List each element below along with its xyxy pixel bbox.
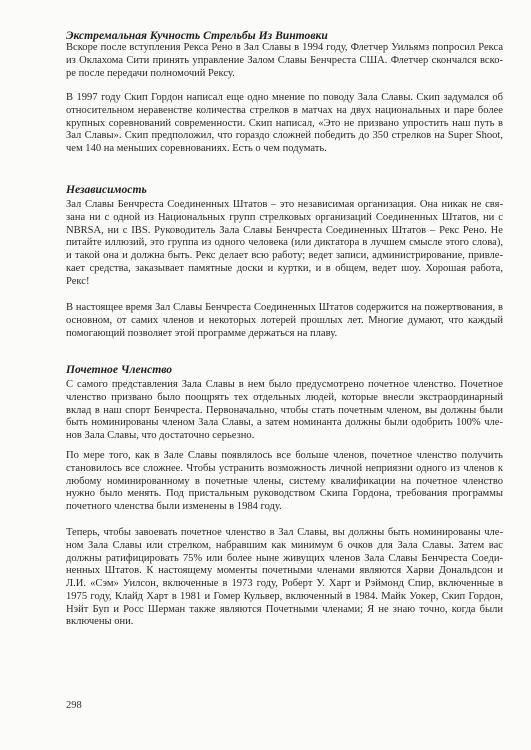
text-line: Зал Славы». Скип предположил, что горазд… — [66, 130, 503, 143]
text-line: питайте иллюзий, это группа из одного че… — [66, 237, 503, 250]
text-line: Нэйт Буп и Росс Шерман также являются По… — [66, 604, 503, 617]
text-line: крупных соревнований современности. Скип… — [66, 118, 503, 131]
text-line: основном, от самих членов и некоторых ло… — [66, 315, 503, 328]
text-line: кает средства, заказывает памятные доски… — [66, 263, 503, 276]
text-line: должны ратифицировать 75% или более ныне… — [66, 553, 503, 566]
text-line: быть номинированы членом Зала Славы, а з… — [66, 417, 503, 430]
text-line: Зал Славы Бенчреста Соединенных Штатов –… — [66, 199, 503, 212]
text-line: Л.И. «Сэм» Уилсон, включенные в 1973 год… — [66, 578, 503, 591]
text-line: нужно было менять. Под пристальным руков… — [66, 488, 503, 501]
text-line: зана ни с одной из Национальных групп ст… — [66, 212, 503, 225]
text-line: из Оклахома Сити принять управление Зало… — [66, 55, 503, 68]
paragraph: Теперь, чтобы завоевать почетное членств… — [66, 527, 503, 629]
text-line: В 1997 году Скип Гордон написал еще одно… — [66, 92, 503, 105]
section-heading-honorary-membership: Почетное Членство — [66, 363, 172, 376]
text-line: 1975 году, Клайд Харт в 1981 и Гомер Кул… — [66, 591, 503, 604]
text-line: ном Зала Славы или стрелком, набравшим к… — [66, 540, 503, 553]
text-line: вклад в наш спорт Бенчреста. Первоначаль… — [66, 405, 503, 418]
paragraph: В 1997 году Скип Гордон написал еще одно… — [66, 92, 503, 156]
text-line: Рекс! — [66, 276, 503, 289]
text-line: С самого представления Зала Славы в нем … — [66, 379, 503, 392]
text-line: любому номинированному в почетные члены,… — [66, 476, 503, 489]
text-line: ненных Штатов. К настоящему моменты поче… — [66, 565, 503, 578]
paragraph: Зал Славы Бенчреста Соединенных Штатов –… — [66, 199, 503, 288]
paragraph: По мере того, как в Зале Славы появлялос… — [66, 450, 503, 514]
paragraph: Вскоре после вступления Рекса Рено в Зал… — [66, 42, 503, 80]
text-line: и такой она и должна быть. Рекс делает в… — [66, 250, 503, 263]
text-line: нов Зала Славы, что достаточно серьезно. — [66, 430, 503, 443]
section-heading-extreme-accuracy: Экстремальная Кучность Стрельбы Из Винто… — [66, 29, 328, 42]
text-line: членство призвано было поощрять тех отде… — [66, 392, 503, 405]
text-line: По мере того, как в Зале Славы появлялос… — [66, 450, 503, 463]
text-line: относительном неравенстве количества стр… — [66, 105, 503, 118]
paragraph: В настоящее время Зал Славы Бенчреста Со… — [66, 302, 503, 340]
text-line: Теперь, чтобы завоевать почетное членств… — [66, 527, 503, 540]
section-heading-independence: Независимость — [66, 183, 147, 196]
page-number: 298 — [66, 700, 82, 711]
paragraph: С самого представления Зала Славы в нем … — [66, 379, 503, 443]
text-line: становилось все сложнее. Чтобы устранить… — [66, 463, 503, 476]
text-line: помогающий позволяет этой программе держ… — [66, 328, 503, 341]
text-line: ре после передачи полномочий Рексу. — [66, 68, 503, 81]
text-line: Вскоре после вступления Рекса Рено в Зал… — [66, 42, 503, 55]
text-line: чем 140 на меньших соревнованиях. Есть о… — [66, 143, 503, 156]
text-line: почетного членства были изменены в 1984 … — [66, 501, 503, 514]
text-line: В настоящее время Зал Славы Бенчреста Со… — [66, 302, 503, 315]
text-line: NBRSA, ни с IBS. Руководитель Зала Славы… — [66, 225, 503, 238]
text-line: включены они. — [66, 616, 503, 629]
